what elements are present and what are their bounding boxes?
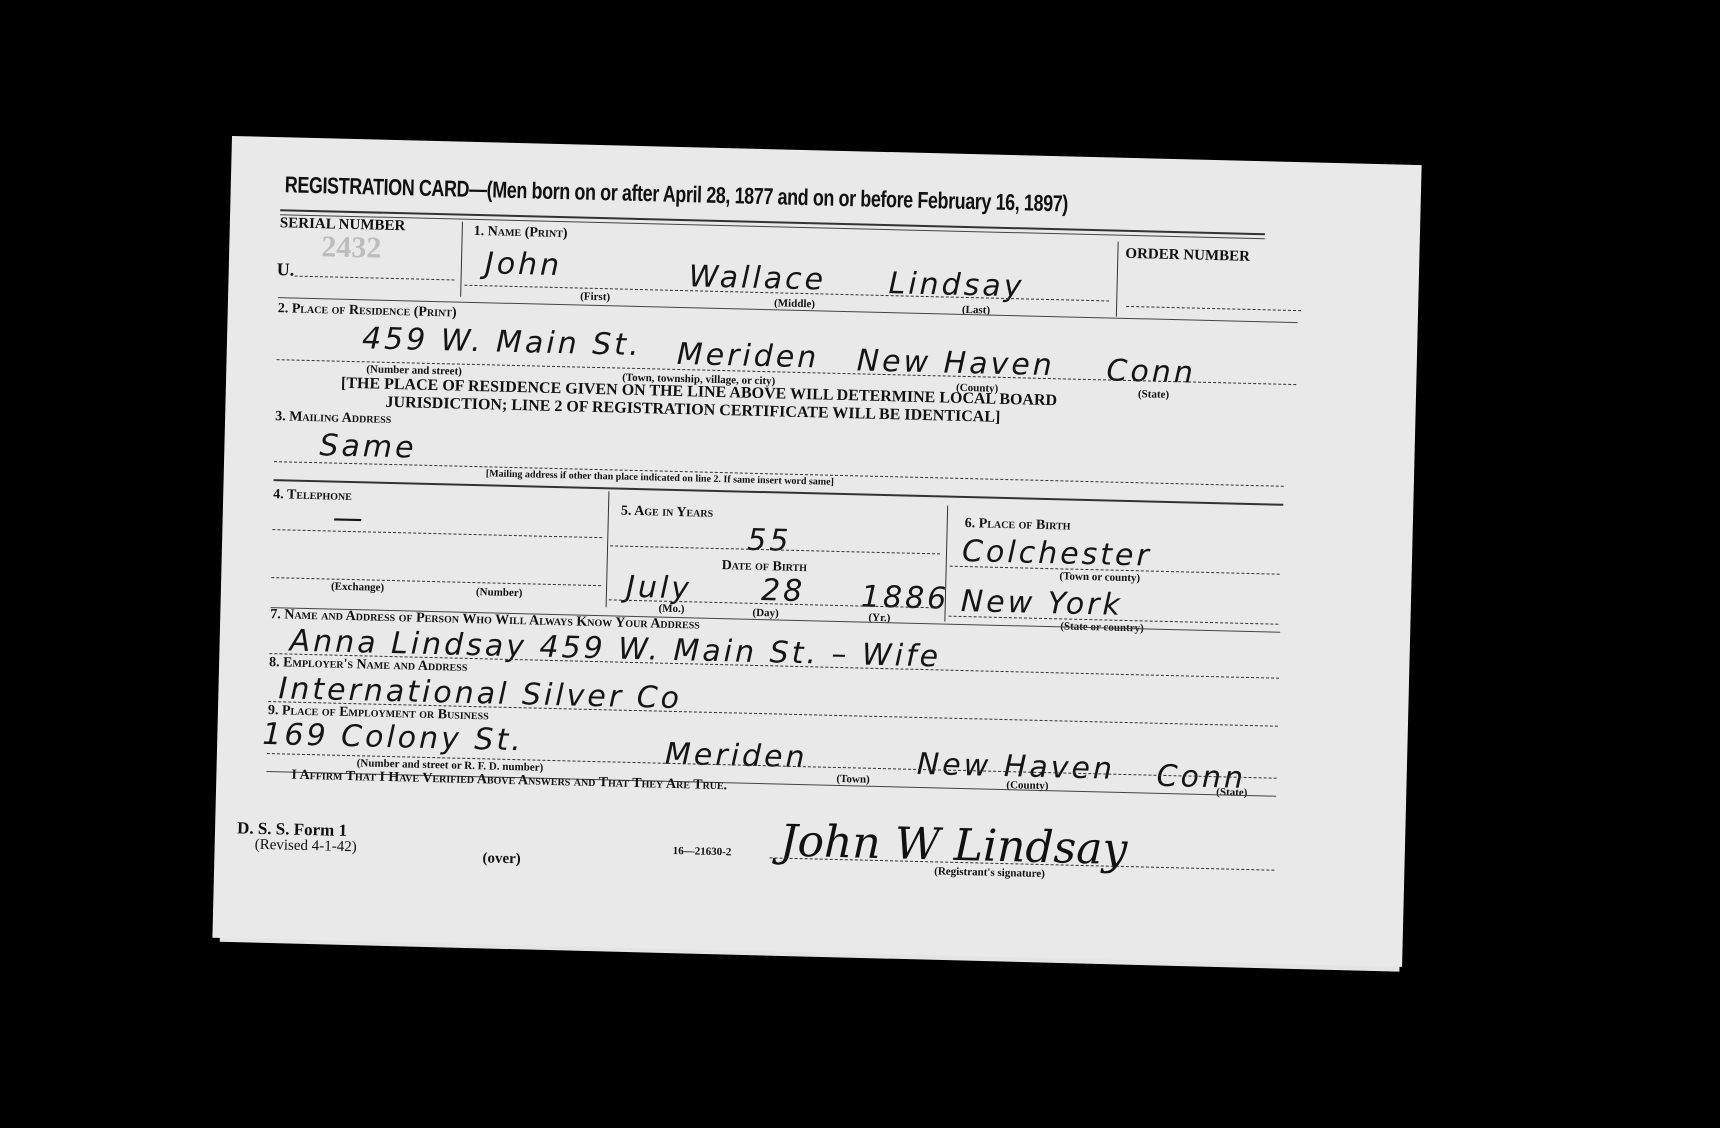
serial-divider (460, 222, 463, 297)
order-divider (1116, 242, 1119, 317)
birthplace-label: 6. Place of Birth (965, 516, 1071, 535)
number-caption: (Number) (476, 586, 523, 599)
serial-line (295, 276, 455, 281)
middle-caption: (Middle) (774, 297, 815, 310)
signature-caption: (Registrant's signature) (934, 865, 1045, 880)
employment-street: 169 Colony St. (262, 717, 524, 758)
residence-state: Conn (1106, 353, 1196, 390)
exchange-caption: (Exchange) (331, 581, 384, 594)
form-revised: (Revised 4-1-42) (254, 837, 356, 856)
residence-label: 2. Place of Residence (Print) (278, 301, 457, 321)
name-label: 1. Name (Print) (474, 224, 568, 242)
order-number-label: ORDER NUMBER (1125, 246, 1250, 266)
serial-prefix: U. (276, 259, 294, 280)
residence-street: 459 W. Main St. (362, 321, 642, 363)
mailing-label: 3. Mailing Address (275, 409, 392, 428)
day-caption: (Day) (752, 607, 779, 620)
order-number-line (1126, 306, 1301, 311)
over-note: (over) (482, 850, 521, 868)
title-rule (280, 209, 1265, 235)
age-label: 5. Age in Years (621, 504, 714, 522)
birthplace-town-caption: (Town or county) (1059, 570, 1140, 584)
registration-card: REGISTRATION CARD—(Men born on or after … (212, 136, 1421, 967)
serial-number-value: 2432 (321, 230, 382, 265)
month-caption: (Mo.) (658, 603, 684, 616)
first-name-value: John (485, 246, 563, 283)
telephone-divider (606, 491, 610, 607)
first-caption: (First) (580, 291, 610, 304)
telephone-line-2 (271, 577, 601, 586)
state-caption: (State) (1138, 388, 1169, 401)
print-code: 16—21630-2 (673, 845, 732, 858)
card-title: REGISTRATION CARD—(Men born on or after … (284, 171, 1068, 217)
employment-town-caption: (Town) (836, 773, 870, 786)
mailing-value: Same (319, 428, 417, 465)
employment-town: Meriden (665, 737, 808, 775)
age-value: 55 (747, 523, 792, 559)
telephone-line-1 (272, 529, 602, 538)
title-rule-2 (280, 214, 1265, 239)
employment-state-caption: (State) (1216, 786, 1247, 799)
